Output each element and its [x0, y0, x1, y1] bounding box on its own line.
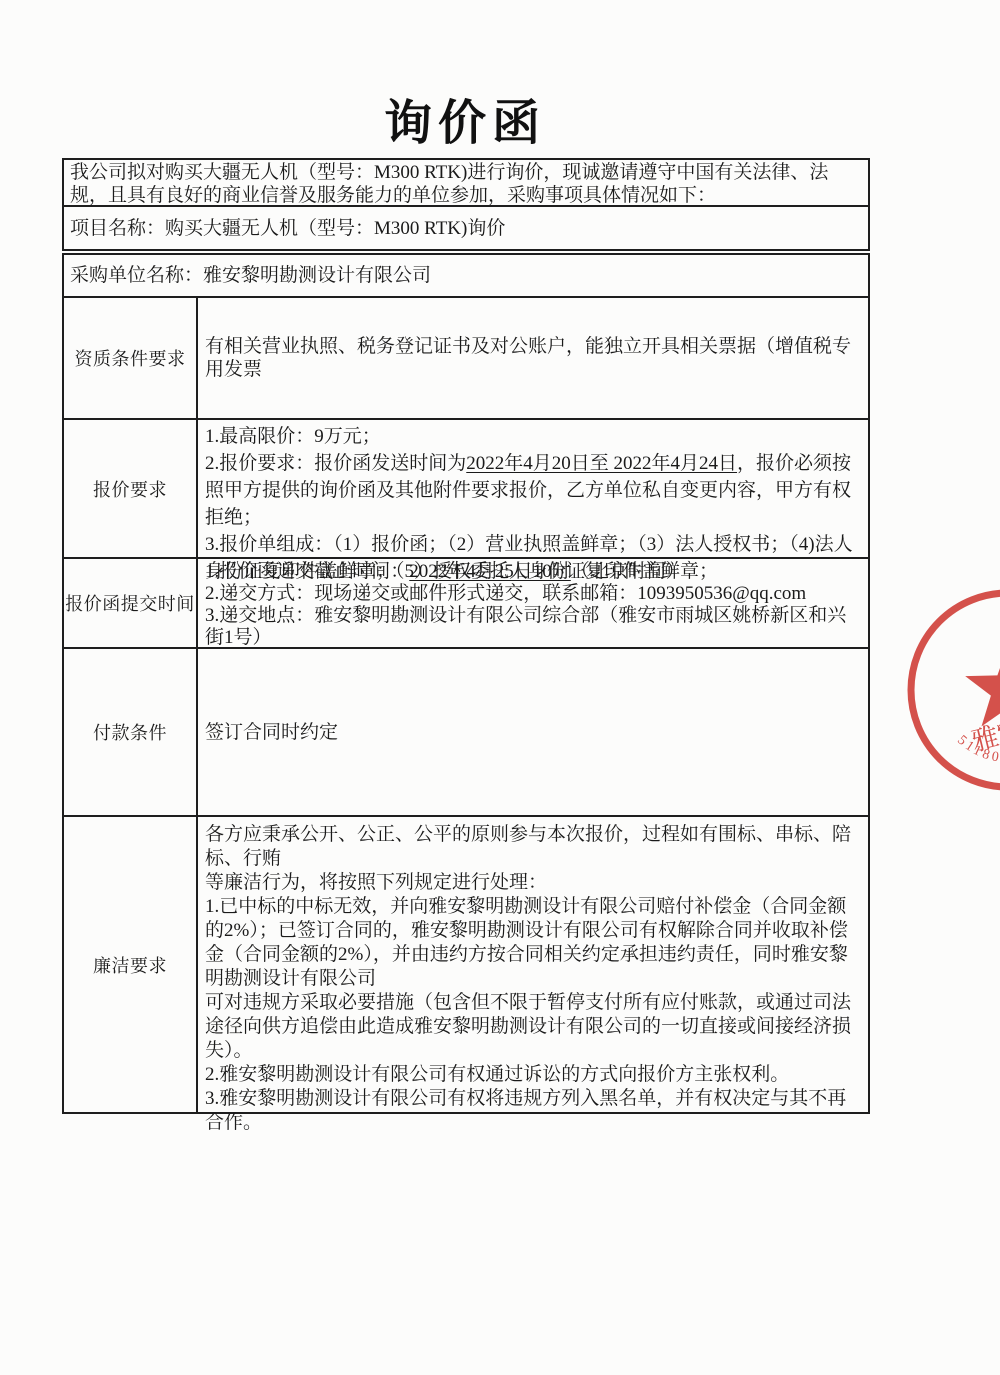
- submission-item1-pre: 1.报价函递交截止时间：: [205, 561, 409, 582]
- seal-number: 51180: [954, 733, 1000, 766]
- table-row-submission-time: 报价函提交时间 1.报价函递交截止时间：2022年4月25日10时（北京时间）2…: [62, 557, 870, 649]
- company-seal-stamp: 雅安黎明勘 51180: [850, 580, 1000, 800]
- submission-label: 报价函提交时间: [64, 559, 198, 647]
- integrity-content: 各方应秉承公开、公正、公平的原则参与本次报价，过程如有围标、串标、陪标、行贿 等…: [198, 817, 868, 1112]
- document-title: 询价函: [62, 84, 868, 153]
- table-row-quotation-requirements: 报价要求 1.最高限价：9万元；2.报价要求：报价函发送时间为2022年4月20…: [62, 418, 870, 559]
- intro-text: 我公司拟对购买大疆无人机（型号：M300 RTK)进行询价，现诚邀请遵守中国有关…: [64, 160, 868, 205]
- project-name-value: 购买大疆无人机（型号：M300 RTK)询价: [165, 218, 505, 239]
- submission-item3: 3.递交地点：雅安黎明勘测设计有限公司综合部（雅安市雨城区姚桥新区和兴街1号）: [205, 605, 846, 648]
- quotation-label: 报价要求: [64, 420, 198, 557]
- quotation-content: 1.最高限价：9万元；2.报价要求：报价函发送时间为2022年4月20日至 20…: [198, 420, 868, 557]
- table-row-project-name: 项目名称：购买大疆无人机（型号：M300 RTK)询价: [62, 205, 870, 251]
- submission-item1-deadline: 2022年4月25日10时: [409, 561, 571, 582]
- seal-ring: [911, 593, 1000, 787]
- seal-star-icon: [965, 645, 1000, 726]
- table-row-qualification: 资质条件要求 有相关营业执照、税务登记证书及对公账户，能独立开具相关票据（增值税…: [62, 296, 870, 420]
- submission-item2: 2.递交方式：现场递交或邮件形式递交，联系邮箱：1093950536@qq.co…: [205, 583, 806, 604]
- purchaser-line: 采购单位名称：雅安黎明勘测设计有限公司: [64, 263, 868, 288]
- submission-content: 1.报价函递交截止时间：2022年4月25日10时（北京时间）2.递交方式：现场…: [198, 559, 868, 647]
- scanned-document-page: 询价函 我公司拟对购买大疆无人机（型号：M300 RTK)进行询价，现诚邀请遵守…: [0, 0, 1000, 1375]
- project-name-line: 项目名称：购买大疆无人机（型号：M300 RTK)询价: [64, 216, 868, 241]
- integrity-label: 廉洁要求: [64, 817, 198, 1112]
- table-row-payment: 付款条件 签订合同时约定: [62, 647, 870, 817]
- seal-arc-text-wrap: 雅安黎明勘: [969, 625, 1000, 757]
- qualification-content: 有相关营业执照、税务登记证书及对公账户，能独立开具相关票据（增值税专用发票: [198, 298, 868, 418]
- quotation-item2-pre: 2.报价要求：报价函发送时间为: [205, 453, 466, 474]
- seal-arc-text: 雅安黎明勘: [969, 625, 1000, 757]
- payment-content: 签订合同时约定: [198, 649, 868, 815]
- table-row-intro: 我公司拟对购买大疆无人机（型号：M300 RTK)进行询价，现诚邀请遵守中国有关…: [62, 158, 870, 207]
- submission-item1-post: （北京时间）: [571, 561, 685, 582]
- payment-label: 付款条件: [64, 649, 198, 815]
- table-row-purchaser: 采购单位名称：雅安黎明勘测设计有限公司: [62, 253, 870, 298]
- seal-number-wrap: 51180: [954, 733, 1000, 766]
- qualification-label: 资质条件要求: [64, 298, 198, 418]
- purchaser-label: 采购单位名称：: [70, 265, 203, 286]
- quotation-item1: 1.最高限价：9万元；: [205, 426, 381, 447]
- quotation-item2-dates: 2022年4月20日至 2022年4月24日: [466, 453, 737, 474]
- table-row-integrity: 廉洁要求 各方应秉承公开、公正、公平的原则参与本次报价，过程如有围标、串标、陪标…: [62, 815, 870, 1114]
- purchaser-value: 雅安黎明勘测设计有限公司: [203, 265, 431, 286]
- project-name-label: 项目名称：: [70, 218, 165, 239]
